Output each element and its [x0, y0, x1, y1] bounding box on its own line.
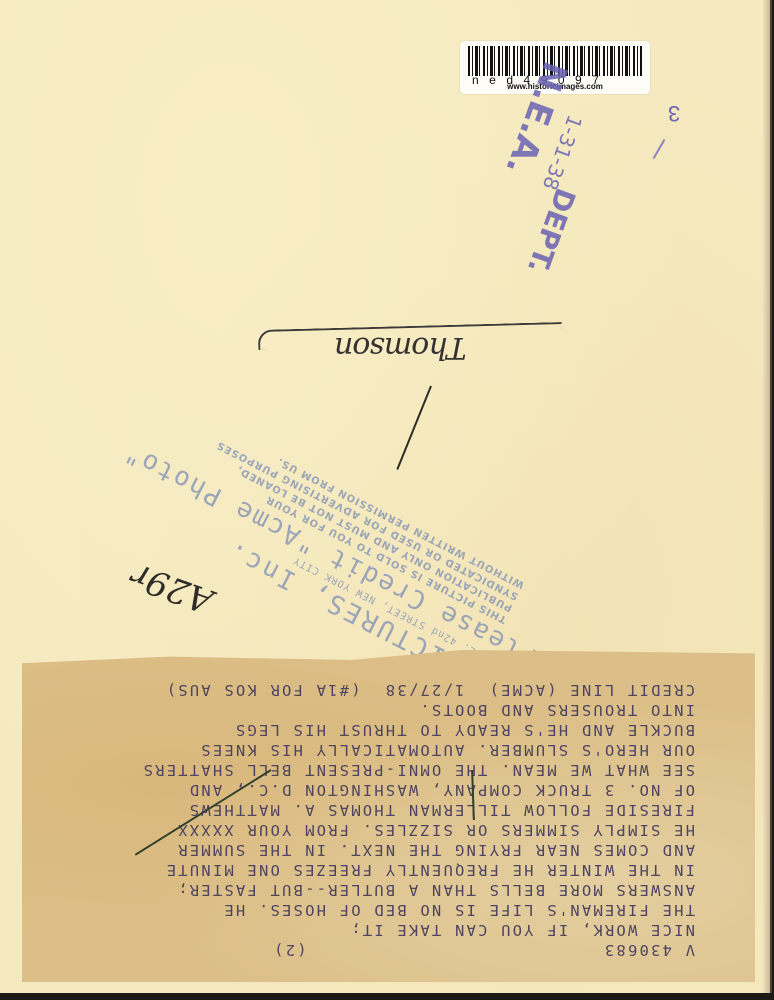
caption-line: INTO TROUSERS AND BOOTS. [22, 700, 755, 720]
caption-id: V 430683 [603, 940, 695, 960]
handwritten-reference: A29r [126, 555, 219, 621]
caption-line: AND COMES NEAR FRYING THE NEXT. IN THE S… [22, 840, 755, 860]
caption-credit-line: CREDIT LINE (ACME) 1/27/38 (#1A FOR KOS … [22, 680, 755, 700]
pencil-tick-mark [653, 139, 666, 159]
caption-line: HE SIMPLY SIMMERS OR SIZZLES. FROM YOUR … [22, 820, 755, 840]
photo-back: ned49097 www.historicimages.com N.E.A. 1… [0, 0, 772, 993]
nea-stamp-dept: DEPT. [521, 184, 582, 278]
caption-text-block: V 430683 (2) NICE WORK, IF YOU CAN TAKE … [22, 650, 755, 982]
caption-line: NICE WORK, IF YOU CAN TAKE IT; [22, 920, 755, 940]
pencil-mark: 3 [668, 100, 680, 126]
caption-line: SEE WHAT WE MEAN. THE OMNI-PRESENT BELL … [22, 760, 755, 780]
caption-line: OF NO. 3 TRUCK COMPANY, WASHINGTON D.C.,… [22, 780, 755, 800]
caption-line: FIRESIDE FOLLOW TILLERMAN THOMAS A. MATT… [22, 800, 755, 820]
caption-line: OUR HERO'S SLUMBER. AUTOMATICALLY HIS KN… [22, 740, 755, 760]
caption-part: (2) [272, 940, 307, 960]
caption-header: V 430683 (2) [22, 940, 755, 960]
caption-line: IN THE WINTER HE FREQUENTLY FREEZES ONE … [22, 860, 755, 880]
caption-line: ANSWERS MORE BELLS THAN A BUTLER--BUT FA… [22, 880, 755, 900]
caption-slip: V 430683 (2) NICE WORK, IF YOU CAN TAKE … [22, 650, 755, 982]
caption-line: THE FIREMAN'S LIFE IS NO BED OF HOSES. H… [22, 900, 755, 920]
caption-line: BUCKLE AND HE'S READY TO THRUST HIS LEGS [22, 720, 755, 740]
